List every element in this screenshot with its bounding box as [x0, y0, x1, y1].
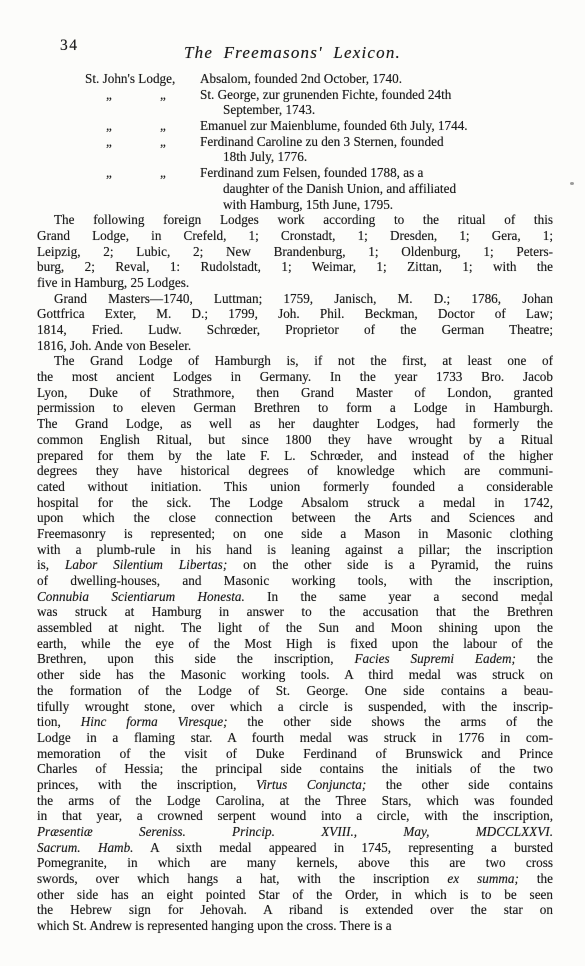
paragraph-line: Connubia Scientiarum Honesta. In the sam…: [37, 589, 553, 605]
paragraph-line: Leipzig, 2; Lubic, 2; New Brandenburg, 1…: [37, 244, 553, 260]
ditto-mark: „: [160, 118, 166, 134]
lodge-entry-text: Ferdinand Caroline zu den 3 Sternen, fou…: [200, 134, 553, 150]
text-line: „„Ferdinand Caroline zu den 3 Sternen, f…: [37, 134, 553, 150]
paragraph-line: Freemasonry is represented; on one side …: [37, 526, 553, 542]
paragraph-line: permission to eleven German Brethren to …: [37, 400, 553, 416]
ditto-mark: „: [160, 134, 166, 150]
paragraph-line: common English Ritual, but since 1800 th…: [37, 432, 553, 448]
paragraph-line: The Grand Lodge of Hamburgh is, if not t…: [37, 353, 553, 369]
ditto-mark: „: [106, 87, 112, 103]
lodge-entry-text: St. George, zur grunenden Fichte, founde…: [200, 87, 553, 103]
ditto-mark: „: [106, 118, 112, 134]
ditto-mark: „: [160, 165, 166, 181]
paragraph-line: Pomegranite, in which are many kernels, …: [37, 855, 553, 871]
text-line: daughter of the Danish Union, and affili…: [37, 181, 553, 197]
lodge-entry-text: September, 1743.: [223, 102, 553, 118]
paragraph-line: Grand Lodge, in Crefeld, 1; Cronstadt, 1…: [37, 228, 553, 244]
paragraph-line: of dwelling-houses, and Masonic working …: [37, 573, 553, 589]
text-line: September, 1743.: [37, 102, 553, 118]
paragraph-line: in that year, a crowned serpent wound in…: [37, 808, 553, 824]
paragraph-line: other side has an eight pointed Star of …: [37, 887, 553, 903]
page-text-block: St. John's Lodge,Absalom, founded 2nd Oc…: [37, 71, 553, 934]
paragraph-line: Brethren, upon this side the inscription…: [37, 651, 553, 667]
scan-speck: [570, 182, 574, 185]
text-line: „„Ferdinand zum Felsen, founded 1788, as…: [37, 165, 553, 181]
paragraph-line: hospital for the sick. The Lodge Absalom…: [37, 495, 553, 511]
paragraph-line: with a plumb-rule in his hand is leaning…: [37, 542, 553, 558]
lodge-entry-text: 18th July, 1776.: [223, 149, 553, 165]
lodge-entry-text: Emanuel zur Maienblume, founded 6th July…: [200, 118, 553, 134]
paragraph-line: The Grand Lodge, as well as her daughter…: [37, 416, 553, 432]
paragraph-line: which St. Andrew is represented hanging …: [37, 918, 553, 934]
paragraph-line: memoration of the visit of Duke Ferdinan…: [37, 746, 553, 762]
paragraph-line: Grand Masters—1740, Luttman; 1759, Janis…: [37, 291, 553, 307]
scan-speck: [539, 602, 542, 605]
ditto-mark: „: [106, 165, 112, 181]
paragraph-line: tifully wrought stone, over which a circ…: [37, 699, 553, 715]
paragraph-line: princes, with the inscription, Virtus Co…: [37, 777, 553, 793]
lodge-entry-text: Ferdinand zum Felsen, founded 1788, as a: [200, 165, 553, 181]
book-page: 34 The Freemasons' Lexicon. St. John's L…: [0, 0, 585, 966]
lodge-entry-text: with Hamburg, 15th June, 1795.: [223, 197, 553, 213]
paragraph-line: Sacrum. Hamb. A sixth medal appeared in …: [37, 840, 553, 856]
paragraph-line: prepared for them by the late F. L. Schr…: [37, 448, 553, 464]
paragraph-line: the formation of the Lodge of St. George…: [37, 683, 553, 699]
paragraph-line: the arms of the Lodge Carolina, at the T…: [37, 793, 553, 809]
paragraph-line: earth, while the eye of the Most High is…: [37, 636, 553, 652]
lodge-entry-text: Absalom, founded 2nd October, 1740.: [200, 71, 553, 87]
paragraph-line: Charles of Hessia; the principal side co…: [37, 761, 553, 777]
text-line: „„Emanuel zur Maienblume, founded 6th Ju…: [37, 118, 553, 134]
paragraph-line: 1816, Joh. Ande von Beseler.: [37, 338, 553, 354]
paragraph-line: the most ancient Lodges in Germany. In t…: [37, 369, 553, 385]
paragraph-line: degrees they have historical degrees of …: [37, 463, 553, 479]
paragraph-line: swords, over which hangs a hat, with the…: [37, 871, 553, 887]
lodge-list-lead: St. John's Lodge,: [85, 71, 175, 87]
paragraph-line: Gottfrica Exter, M. D.; 1799, Joh. Phil.…: [37, 306, 553, 322]
paragraph-line: 1814, Fried. Ludw. Schrœder, Proprietor …: [37, 322, 553, 338]
running-title: The Freemasons' Lexicon.: [0, 43, 585, 63]
paragraph-line: five in Hamburg, 25 Lodges.: [37, 275, 553, 291]
paragraph-line: burg, 2; Reval, 1: Rudolstadt, 1; Weimar…: [37, 259, 553, 275]
paragraph-line: the Hebrew sign for Jehovah. A riband is…: [37, 902, 553, 918]
paragraph-line: upon which the close connection between …: [37, 510, 553, 526]
paragraph-line: Præsentiæ Sereniss. Princip. XVIII., May…: [37, 824, 553, 840]
text-line: with Hamburg, 15th June, 1795.: [37, 197, 553, 213]
paragraph-line: was struck at Hamburg in answer to the a…: [37, 604, 553, 620]
ditto-mark: „: [106, 134, 112, 150]
paragraph-line: Lyon, Duke of Strathmore, then Grand Mas…: [37, 385, 553, 401]
paragraph-line: cated without initiation. This union for…: [37, 479, 553, 495]
paragraph-line: assembled at night. The light of the Sun…: [37, 620, 553, 636]
paragraph-line: Lodge in a flaming star. A fourth medal …: [37, 730, 553, 746]
text-line: 18th July, 1776.: [37, 149, 553, 165]
paragraph-line: tion, Hinc forma Viresque; the other sid…: [37, 714, 553, 730]
paragraph-line: is, Labor Silentium Libertas; on the oth…: [37, 557, 553, 573]
text-line: St. John's Lodge,Absalom, founded 2nd Oc…: [37, 71, 553, 87]
text-line: „„St. George, zur grunenden Fichte, foun…: [37, 87, 553, 103]
paragraph-line: other side has the Masonic working tools…: [37, 667, 553, 683]
lodge-entry-text: daughter of the Danish Union, and affili…: [223, 181, 553, 197]
paragraph-line: The following foreign Lodges work accord…: [37, 212, 553, 228]
ditto-mark: „: [160, 87, 166, 103]
